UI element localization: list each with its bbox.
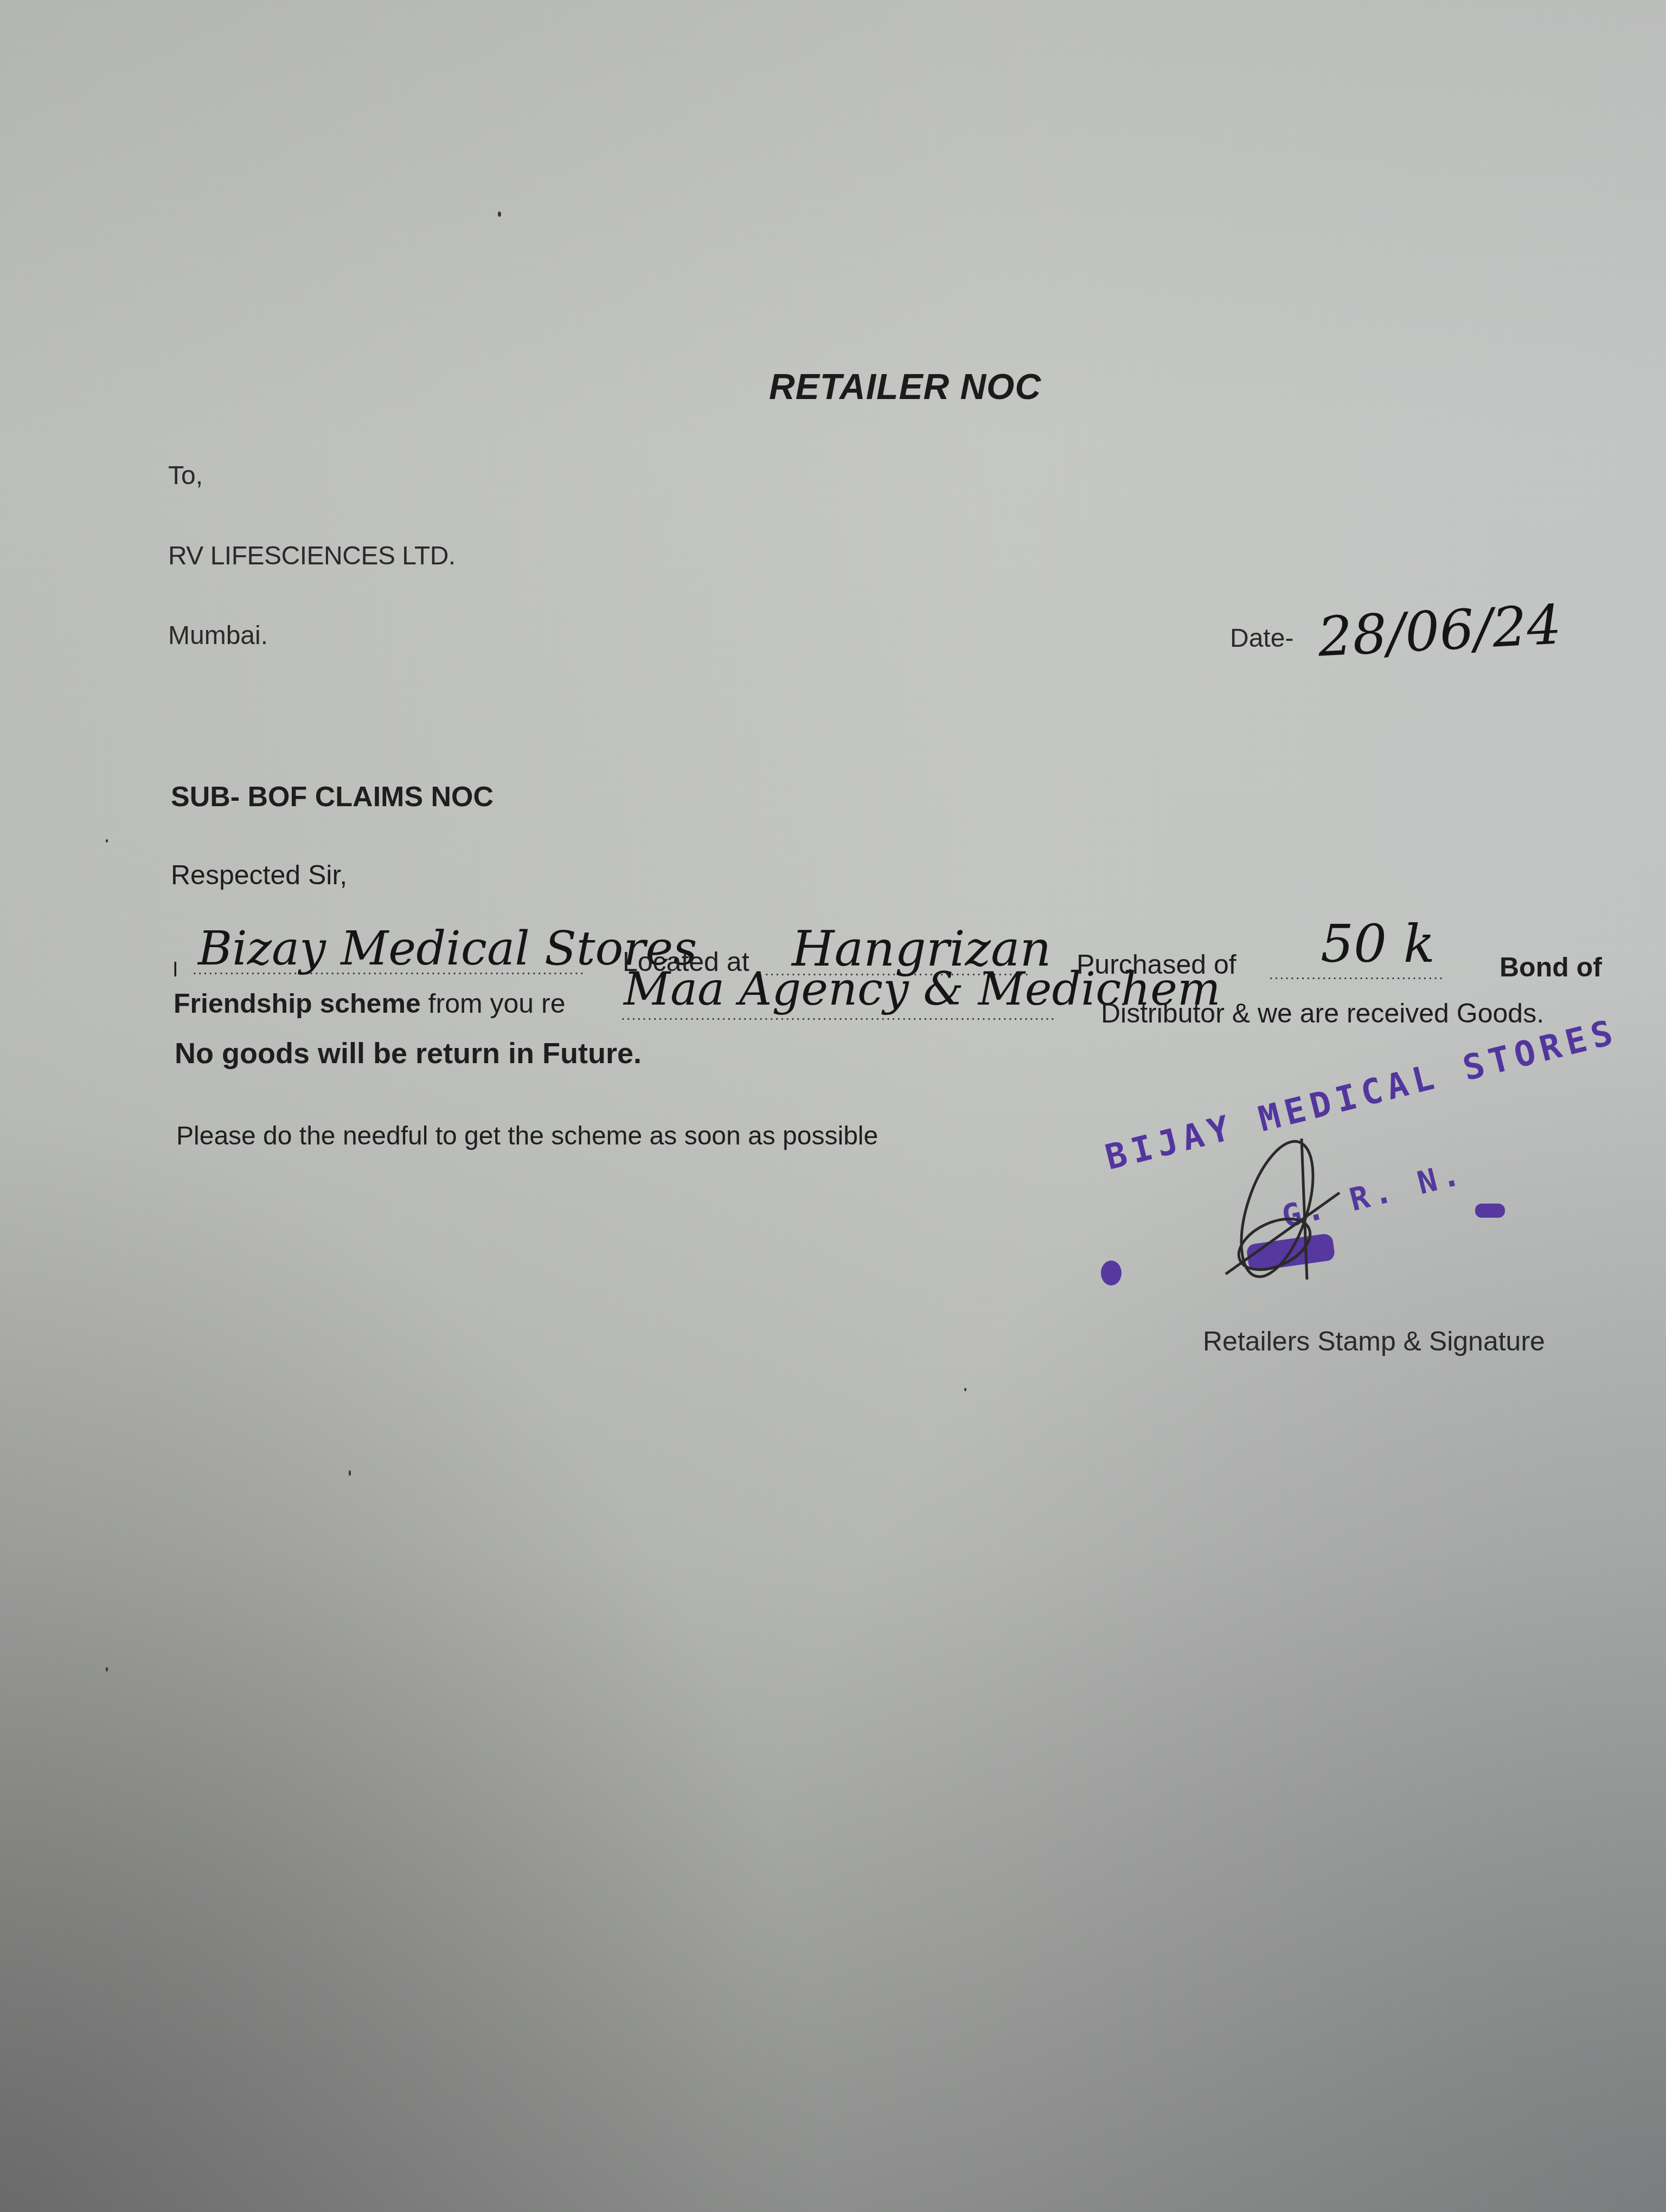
salutation-to: To, [168, 461, 203, 491]
paper-speck [349, 1470, 351, 1476]
date-field: Date- [1230, 623, 1293, 653]
retailer-stamp: BIJAY MEDICAL STORES G. R. N. [1095, 1073, 1649, 1301]
stamp-ink-dot [1101, 1261, 1122, 1285]
paper-speck [106, 1667, 108, 1671]
addressee-company: RV LIFESCIENCES LTD. [168, 541, 456, 571]
bond-of-label: Bond of [1500, 951, 1602, 983]
date-value-handwritten: 28/06/24 [1316, 593, 1563, 668]
paper-speck [498, 211, 501, 217]
request-line: Please do the needful to get the scheme … [176, 1121, 878, 1151]
friendship-scheme-label: Friendship scheme [174, 988, 421, 1019]
paper-speck [106, 839, 108, 843]
signature-caption: Retailers Stamp & Signature [1203, 1326, 1545, 1357]
from-you-re-label: from you re [428, 988, 566, 1019]
stamp-ink-blot [1475, 1204, 1505, 1218]
greeting: Respected Sir, [171, 859, 347, 891]
no-return-note: No goods will be return in Future. [175, 1037, 642, 1070]
date-label: Date- [1230, 624, 1293, 653]
prefix-i: I [172, 959, 178, 981]
distributor-suffix: Distributor & we are received Goods. [1101, 998, 1544, 1029]
subject-line: SUB- BOF CLAIMS NOC [171, 781, 494, 813]
document-title: RETAILER NOC [769, 366, 1041, 407]
amount-handwritten: 50 k [1321, 914, 1435, 974]
paper-speck [964, 1388, 966, 1391]
addressee-city: Mumbai. [168, 621, 268, 651]
body-line-1: I [172, 951, 178, 983]
body-line-2: Friendship scheme from you re [174, 988, 565, 1019]
signature-scribble-icon [1193, 1117, 1410, 1290]
